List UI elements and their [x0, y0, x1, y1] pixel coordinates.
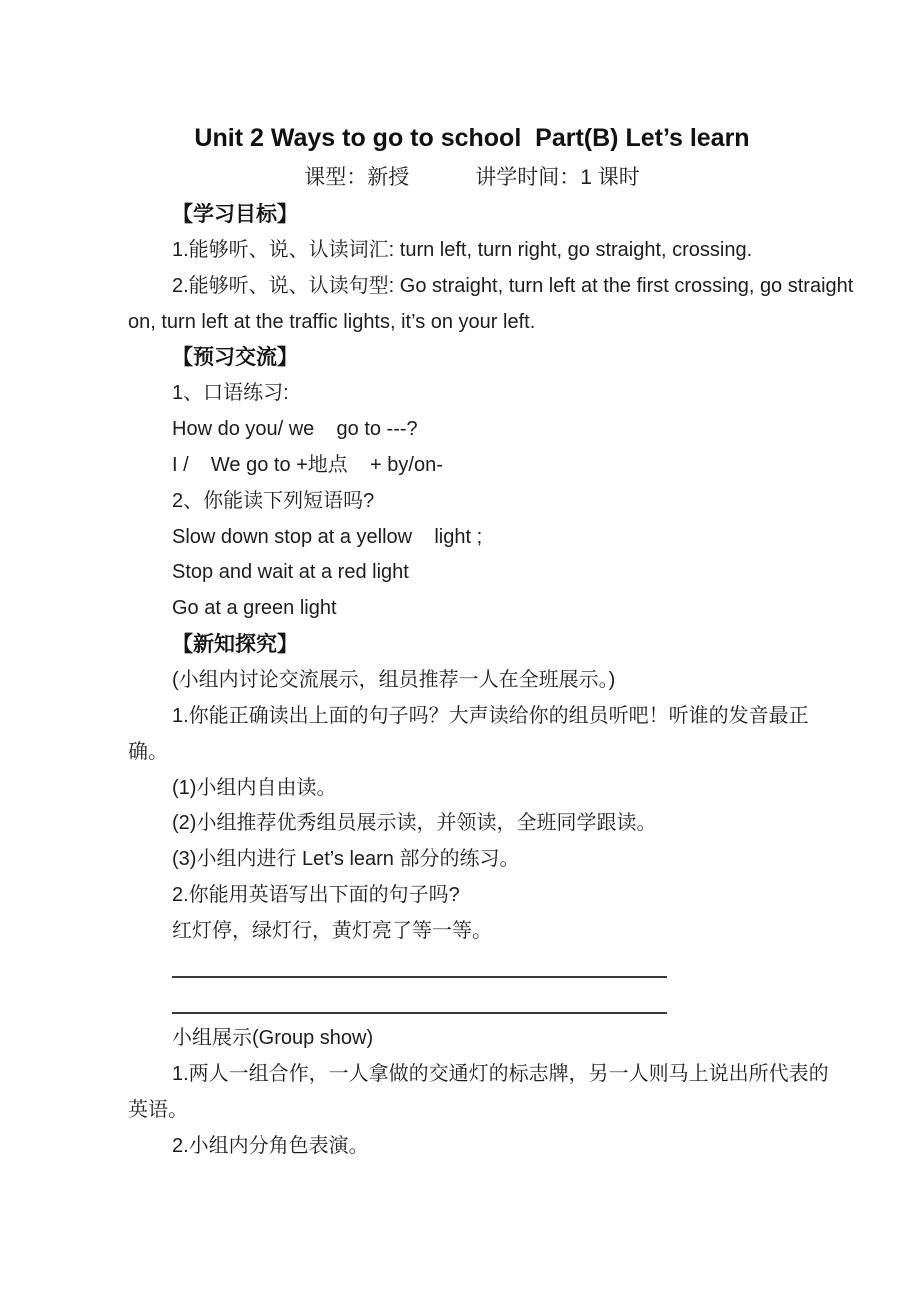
sentence-to-translate: 红灯停，绿灯行，黄灯亮了等一等。	[128, 914, 880, 950]
goal-item-2: 2.能够听、说、认读句型: Go straight, turn left at …	[128, 269, 880, 305]
document-title: Unit 2 Ways to go to school Part(B) Let’…	[64, 117, 880, 159]
goal-item-1: 1.能够听、说、认读词汇: turn left, turn right, go …	[128, 233, 880, 269]
group-show-step-2: 2.小组内分角色表演。	[128, 1129, 880, 1165]
phrase-yellow-light: Slow down stop at a yellow light ;	[128, 520, 880, 556]
lesson-time-label: 讲学时间：1 课时	[475, 166, 640, 189]
group-show-step-1-continued: 英语。	[128, 1093, 880, 1129]
group-discussion-note: (小组内讨论交流展示，组员推荐一人在全班展示。)	[128, 663, 880, 699]
reading-task-prompt: 1.你能正确读出上面的句子吗？大声读给你的组员听吧！听谁的发音最正	[128, 699, 880, 735]
oral-practice-answer-pattern: I / We go to +地点 + by/on-	[128, 448, 880, 484]
reading-step-2: (2)小组推荐优秀组员展示读，并领读，全班同学跟读。	[128, 806, 880, 842]
document-body: 【学习目标】 1.能够听、说、认读词汇: turn left, turn rig…	[128, 197, 880, 1165]
reading-step-3: (3)小组内进行 Let’s learn 部分的练习。	[128, 842, 880, 878]
reading-step-1: (1)小组内自由读。	[128, 771, 880, 807]
section-heading-learning-goals: 【学习目标】	[128, 197, 880, 233]
lesson-meta-line: 课型：新授讲学时间：1 课时	[64, 159, 880, 197]
document-content: Unit 2 Ways to go to school Part(B) Let’…	[0, 0, 920, 1165]
answer-line-1	[128, 950, 880, 986]
group-show-label: 小组展示(Group show)	[128, 1021, 880, 1057]
section-heading-new-knowledge: 【新知探究】	[128, 627, 880, 663]
document-page: Unit 2 Ways to go to school Part(B) Let’…	[0, 0, 920, 1302]
phrases-prompt: 2、你能读下列短语吗?	[128, 484, 880, 520]
reading-task-prompt-continued: 确。	[128, 735, 880, 771]
answer-line-2	[128, 986, 880, 1022]
section-heading-preview-exchange: 【预习交流】	[128, 340, 880, 376]
phrase-red-light: Stop and wait at a red light	[128, 555, 880, 591]
oral-practice-question: How do you/ we go to ---?	[128, 412, 880, 448]
group-show-step-1: 1.两人一组合作，一人拿做的交通灯的标志牌，另一人则马上说出所代表的	[128, 1057, 880, 1093]
phrase-green-light: Go at a green light	[128, 591, 880, 627]
course-type-label: 课型：新授	[304, 166, 409, 189]
goal-item-2-continued: on, turn left at the traffic lights, it’…	[128, 305, 880, 341]
oral-practice-label: 1、口语练习:	[128, 376, 880, 412]
answer-rule-1	[172, 976, 667, 978]
writing-task-prompt: 2.你能用英语写出下面的句子吗?	[128, 878, 880, 914]
answer-rule-2	[172, 1012, 667, 1014]
